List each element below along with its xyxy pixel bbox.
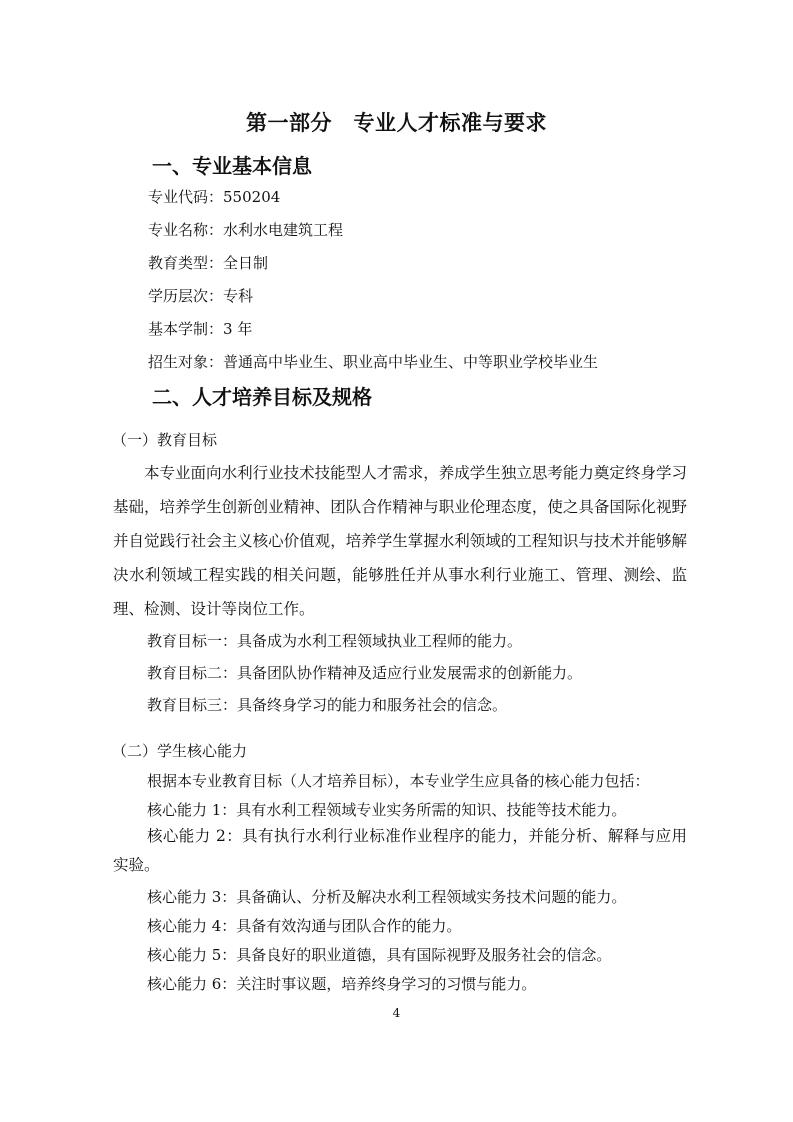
info-label: 学历层次： <box>148 287 223 305</box>
core-abilities-intro: 根据本专业教育目标（人才培养目标），本专业学生应具备的核心能力包括： <box>147 770 650 791</box>
info-label: 教育类型： <box>148 254 223 272</box>
subsection-heading-core-abilities: （二）学生核心能力 <box>112 740 247 761</box>
section-heading-objectives: 二、人才培养目标及规格 <box>152 381 372 410</box>
goal-item-2: 教育目标二：具备团队协作精神及适应行业发展需求的创新能力。 <box>147 662 582 683</box>
info-value: 普通高中毕业生、职业高中毕业生、中等职业学校毕业生 <box>223 353 598 371</box>
info-label: 专业名称： <box>148 221 223 239</box>
capability-item-4: 核心能力 4：具备有效沟通与团队合作的能力。 <box>147 915 461 936</box>
info-value: 3 年 <box>223 320 252 338</box>
info-row-duration: 基本学制：3 年 <box>148 318 252 339</box>
info-value: 水利水电建筑工程 <box>223 221 343 239</box>
info-value: 全日制 <box>223 254 268 272</box>
info-row-enrollment: 招生对象：普通高中毕业生、职业高中毕业生、中等职业学校毕业生 <box>148 351 598 372</box>
info-label: 基本学制： <box>148 320 223 338</box>
capability-item-3: 核心能力 3：具备确认、分析及解决水利工程领域实务技术问题的能力。 <box>147 886 626 907</box>
info-row-code: 专业代码：550204 <box>148 186 280 207</box>
info-row-name: 专业名称：水利水电建筑工程 <box>148 219 343 240</box>
goal-item-3: 教育目标三：具备终身学习的能力和服务社会的信念。 <box>147 694 507 715</box>
info-row-type: 教育类型：全日制 <box>148 252 268 273</box>
section-heading-basic-info: 一、专业基本信息 <box>152 150 312 179</box>
capability-item-2: 核心能力 2：具有执行水利行业标准作业程序的能力，并能分析、解释与应用实验。 <box>113 822 687 880</box>
goal-item-1: 教育目标一：具备成为水利工程领域执业工程师的能力。 <box>147 630 522 651</box>
info-row-level: 学历层次：专科 <box>148 285 253 306</box>
capability-item-6: 核心能力 6：关注时事议题，培养终身学习的习惯与能力。 <box>147 973 536 994</box>
capability-item-5: 核心能力 5：具备良好的职业道德，具有国际视野及服务社会的信念。 <box>147 944 611 965</box>
page-number: 4 <box>0 1006 793 1020</box>
education-goals-paragraph: 本专业面向水利行业技术技能型人才需求，养成学生独立思考能力奠定终身学习基础，培养… <box>113 456 687 626</box>
info-value: 550204 <box>223 188 280 206</box>
info-value: 专科 <box>223 287 253 305</box>
document-page: 第一部分 专业人才标准与要求 一、专业基本信息 专业代码：550204 专业名称… <box>0 0 793 1122</box>
capability-item-1: 核心能力 1：具有水利工程领域专业实务所需的知识、技能等技术能力。 <box>147 799 626 820</box>
part-title: 第一部分 专业人才标准与要求 <box>0 107 793 137</box>
info-label: 专业代码： <box>148 188 223 206</box>
info-label: 招生对象： <box>148 353 223 371</box>
subsection-heading-education-goals: （一）教育目标 <box>112 429 217 450</box>
